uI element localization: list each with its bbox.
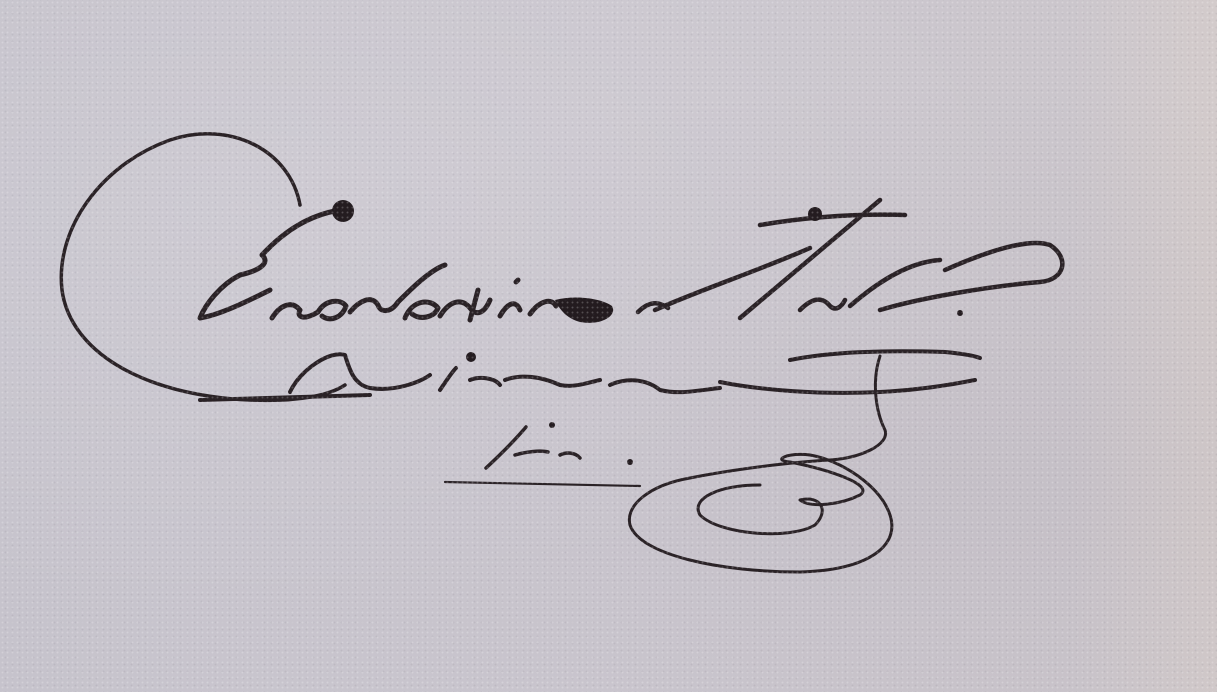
letter-e-stroke xyxy=(200,210,340,318)
flourish-spiral-stroke xyxy=(629,454,892,572)
ink-blot xyxy=(332,200,354,222)
flourish-descender-stroke xyxy=(690,356,886,478)
document-page: Escolastico Ant. Jimenez fiis. xyxy=(0,0,1217,692)
initial-loop-stroke xyxy=(61,134,345,401)
period-dot xyxy=(957,310,963,316)
signature-ink xyxy=(0,0,1217,692)
ink-blot-o xyxy=(555,298,613,323)
word-jimenez-stroke xyxy=(200,351,980,400)
word-fiis-stroke xyxy=(486,427,580,468)
word-ant-stroke xyxy=(638,200,1062,318)
underline-stroke xyxy=(445,482,640,486)
fiis-period xyxy=(627,459,633,465)
ink-dot xyxy=(808,207,822,221)
word-scolastico-stroke xyxy=(272,265,556,320)
i-dot xyxy=(466,352,476,362)
fiis-dot xyxy=(549,422,555,428)
